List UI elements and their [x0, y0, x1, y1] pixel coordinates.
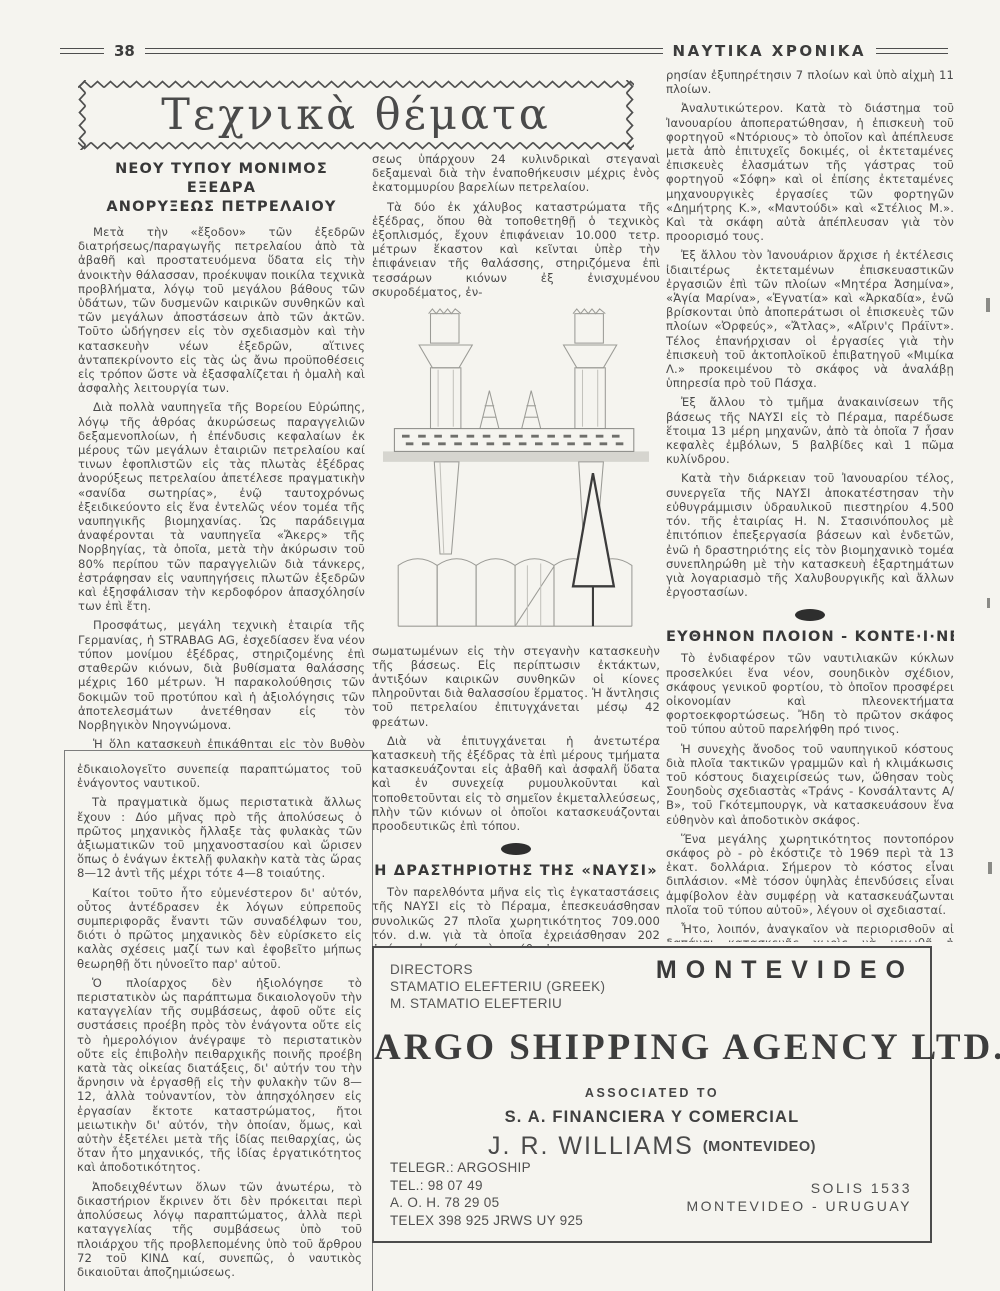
article-container-heading: ΕΥΘΗΝΟΝ ΠΛΟΙΟΝ - ΚΟΝΤΕ·Ι·ΝΕΡ: [666, 629, 954, 645]
paragraph: Ἕνα μεγάλης χωρητικότητος ποντοπόρον σκά…: [666, 832, 954, 917]
page-header: 38 ΝΑΥΤΙΚΑ ΧΡΟΝΙΚΑ: [60, 42, 948, 60]
court-article-box: ἐδικαιολογεῖτο συνεπείᾳ παραπτώματος τοῦ…: [64, 750, 373, 1291]
paragraph: Ἡ ὅλη κατασκευὴ ἐπικάθηται εἰς τὸν βυθὸν…: [78, 737, 365, 748]
header-rule-right: [876, 48, 948, 54]
paragraph: ἐδικαιολογεῖτο συνεπείᾳ παραπτώματος τοῦ…: [77, 762, 362, 790]
column-3: ρησίαν ἐξυπηρέτησιν 7 πλοίων καὶ ὑπὸ αἰχ…: [666, 64, 954, 942]
ad-associate-1: S. A. FINANCIERA Y COMERCIAL: [374, 1108, 930, 1127]
paragraph: Μετὰ τὴν «ἔξοδον» τῶν ἐξεδρῶν διατρήσεως…: [78, 225, 365, 395]
article-platform-heading-line2: ΑΝΟΡΥΞΕΩΣ ΠΕΤΡΕΛΑΙΟΥ: [78, 198, 365, 217]
ad-directors-label: DIRECTORS: [390, 961, 605, 978]
paragraph: σεως ὑπάρχουν 24 κυλινδρικαὶ στεγαναὶ δε…: [372, 152, 660, 195]
page-number: 38: [114, 42, 135, 60]
scan-artifact: [988, 862, 992, 874]
zigzag-border-left-icon: [78, 80, 87, 150]
article-nafsi-heading: Η ΔΡΑΣΤΗΡΙΟΤΗΣ ΤΗΣ «ΝΑΥΣΙ»: [372, 863, 660, 879]
oil-platform-drawing-icon: [383, 307, 649, 640]
ad-director-2: M. STAMATIO ELEFTERIU: [390, 995, 605, 1012]
ad-address-city: MONTEVIDEO - URUGUAY: [686, 1197, 912, 1215]
paragraph: Τὸν παρελθόντα μῆνα εἰς τὶς ἐγκαταστάσει…: [372, 885, 660, 948]
ad-city: MONTEVIDEO: [656, 956, 914, 985]
section-banner: Τεχνικὰ θέματα: [78, 80, 634, 150]
paragraph: Καίτοι τοῦτο ἦτο εὐμενέστερον δι' αὐτόν,…: [77, 886, 362, 971]
column-2: σεως ὑπάρχουν 24 κυλινδρικαὶ στεγαναὶ δε…: [372, 148, 660, 948]
paragraph: ρησίαν ἐξυπηρέτησιν 7 πλοίων καὶ ὑπὸ αἰχ…: [666, 68, 954, 96]
ad-contact-block: TELEGR.: ARGOSHIP TEL.: 98 07 49 A. O. H…: [390, 1159, 583, 1229]
ad-address-block: SOLIS 1533 MONTEVIDEO - URUGUAY: [686, 1179, 912, 1215]
section-separator-icon: [795, 609, 825, 621]
oil-platform-figure: [383, 307, 649, 640]
zigzag-border-right-icon: [625, 80, 634, 150]
scan-artifact: [987, 598, 990, 608]
paragraph: Ὁ πλοίαρχος δὲν ἠξιολόγησε τὸ περιστατικ…: [77, 976, 362, 1175]
paragraph: Τὰ δύο ἐκ χάλυβος καταστρώματα τῆς ἐξέδρ…: [372, 200, 660, 299]
paragraph: Κατὰ τὴν διάρκειαν τοῦ Ἰανουαρίου τέλος,…: [666, 471, 954, 599]
article-platform-heading-line1: ΝΕΟΥ ΤΥΠΟΥ ΜΟΝΙΜΟΣ ΕΞΕΔΡΑ: [78, 160, 365, 198]
paragraph: Τὸ ἐνδιαφέρον τῶν ναυτιλιακῶν κύκλων προ…: [666, 651, 954, 736]
section-title: Τεχνικὰ θέματα: [87, 89, 625, 141]
paragraph: σωματωμένων εἰς τὴν στεγανὴν κατασκευὴν …: [372, 644, 660, 729]
paragraph: Ἐξ ἄλλου τὸν Ἰανουάριον ἄρχισε ἡ ἐκτέλεσ…: [666, 248, 954, 390]
ad-associate-2: J. R. WILLIAMS (MONTEVIDEO): [374, 1132, 930, 1161]
paragraph: Προσφάτως, μεγάλη τεχνικὴ ἑταιρία τῆς Γε…: [78, 618, 365, 732]
paragraph: Τὰ πραγματικὰ ὅμως περιστατικὰ ἄλλως ἔχο…: [77, 795, 362, 880]
paragraph: Διὰ νὰ ἐπιτυγχάνεται ἡ ἀνετωτέρα κατασκε…: [372, 734, 660, 833]
header-rule-middle: [145, 48, 663, 54]
scan-artifact: [986, 298, 990, 312]
zigzag-border-top-icon: [78, 80, 634, 89]
section-separator-icon: [501, 843, 531, 855]
ad-associate-2-city: (MONTEVIDEO): [703, 1139, 816, 1155]
paragraph: Ἦτο, λοιπόν, ἀναγκαῖον νὰ περιορισθοῦν α…: [666, 922, 954, 942]
paragraph: Ἡ συνεχὴς ἄνοδος τοῦ ναυπηγικοῦ κόστους …: [666, 742, 954, 827]
paragraph: Ἐξ ἄλλου τὸ τμῆμα ἀνακαινίσεων τῆς βάσεω…: [666, 395, 954, 466]
ad-company-name: ARGO SHIPPING AGENCY LTD.: [374, 1026, 930, 1069]
ad-aoh: A. O. H. 78 29 05: [390, 1194, 583, 1212]
ad-telex: TELEX 398 925 JRWS UY 925: [390, 1212, 583, 1230]
header-rule-left: [60, 48, 104, 54]
ad-associate-2-name: J. R. WILLIAMS: [488, 1132, 694, 1160]
magazine-page: 38 ΝΑΥΤΙΚΑ ΧΡΟΝΙΚΑ: [0, 0, 1000, 1291]
ad-directors-block: DIRECTORS STAMATIO ELEFTERIU (GREEK) M. …: [390, 961, 605, 1012]
article-platform-heading: ΝΕΟΥ ΤΥΠΟΥ ΜΟΝΙΜΟΣ ΕΞΕΔΡΑ ΑΝΟΡΥΞΕΩΣ ΠΕΤΡ…: [78, 160, 365, 217]
magazine-masthead: ΝΑΥΤΙΚΑ ΧΡΟΝΙΚΑ: [673, 42, 866, 60]
ad-associated-label: ASSOCIATED TO: [374, 1086, 930, 1100]
ad-address-street: SOLIS 1533: [686, 1179, 912, 1197]
ad-telephone: TEL.: 98 07 49: [390, 1177, 583, 1195]
column-1: ΝΕΟΥ ΤΥΠΟΥ ΜΟΝΙΜΟΣ ΕΞΕΔΡΑ ΑΝΟΡΥΞΕΩΣ ΠΕΤΡ…: [78, 158, 365, 748]
ad-director-1: STAMATIO ELEFTERIU (GREEK): [390, 978, 605, 995]
argo-shipping-advertisement: DIRECTORS STAMATIO ELEFTERIU (GREEK) M. …: [372, 946, 932, 1243]
paragraph: Διὰ πολλὰ ναυπηγεῖα τῆς Βορείου Εὐρώπης,…: [78, 400, 365, 613]
paragraph: Ἀποδειχθέντων ὅλων τῶν ἀνωτέρω, τὸ δικασ…: [77, 1180, 362, 1279]
paragraph: Ἀναλυτικώτερον. Κατὰ τὸ διάστημα τοῦ Ἰαν…: [666, 101, 954, 243]
ad-telegraph: TELEGR.: ARGOSHIP: [390, 1159, 583, 1177]
